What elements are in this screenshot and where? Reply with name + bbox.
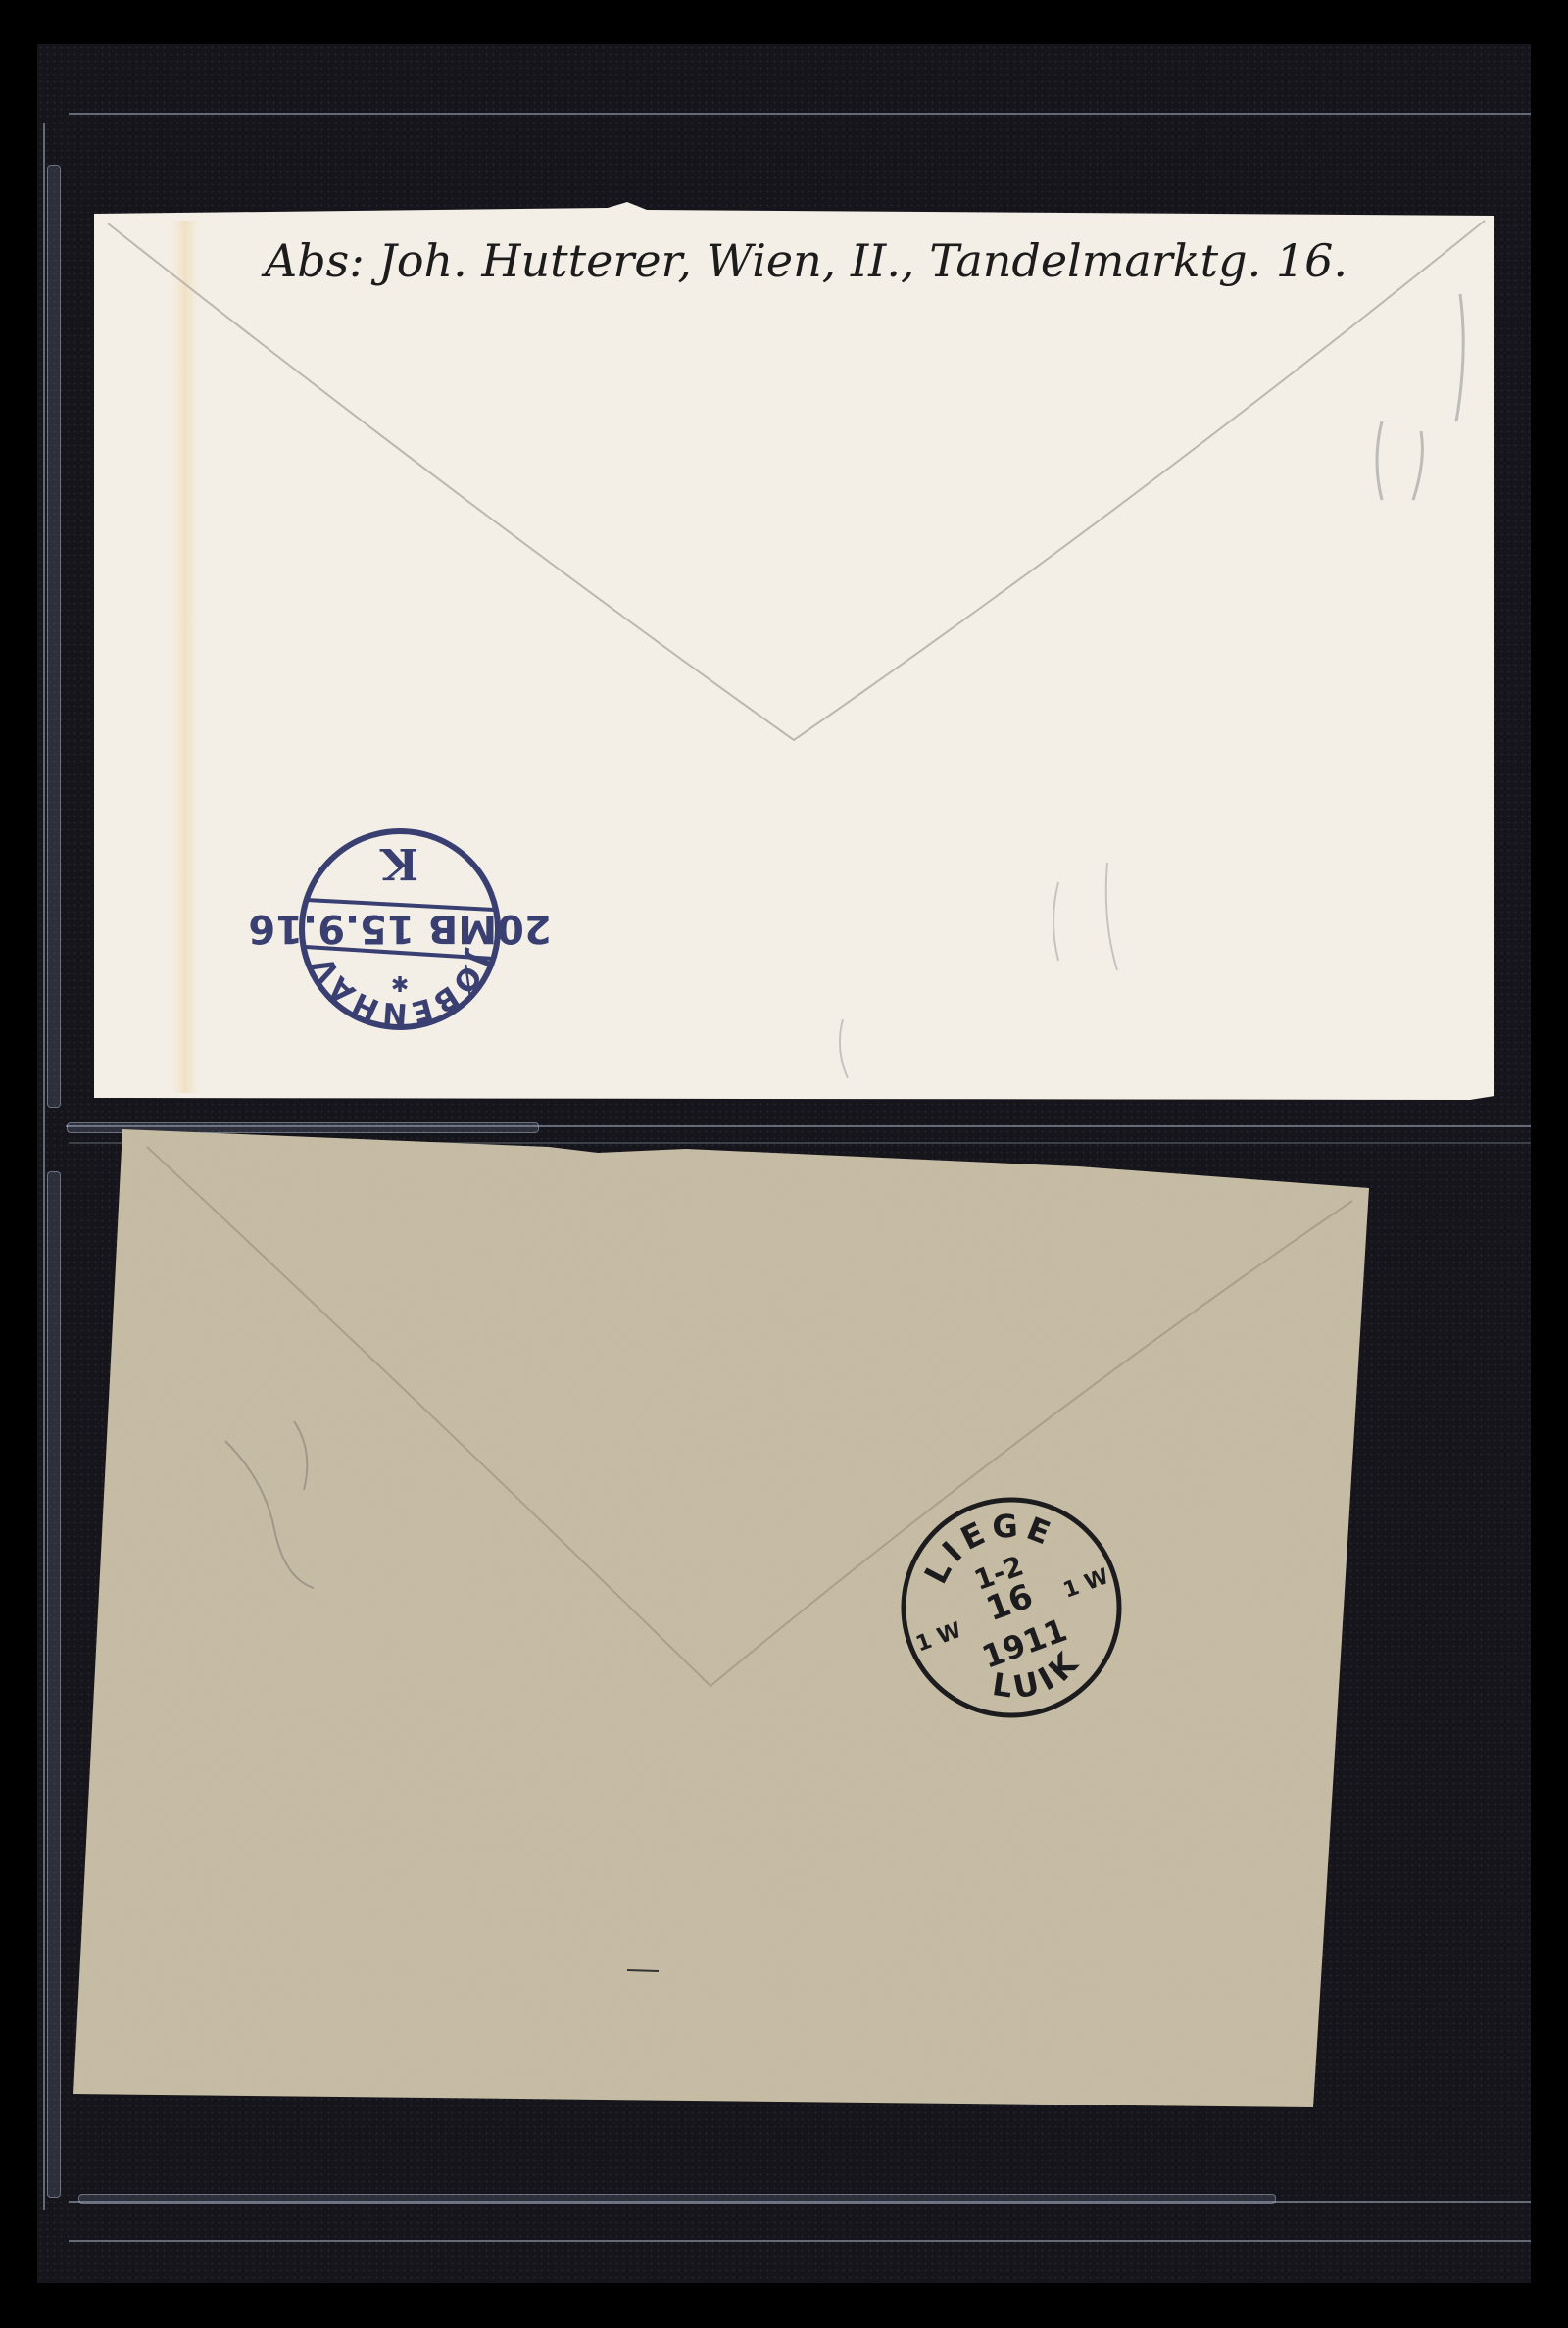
envelopes-canvas: Abs: Joh. Hutterer, Wien, II., Tandelmar… (0, 0, 1568, 2328)
postmark-office: K (379, 838, 418, 888)
lower-envelope: LIEGE LUIK 1-2 16 1911 1 W 1 W (73, 1129, 1369, 2107)
sender-handwriting: Abs: Joh. Hutterer, Wien, II., Tandelmar… (261, 234, 1347, 287)
postmark-date: 20MB 15.9.16 (248, 906, 551, 951)
svg-text:✱: ✱ (391, 970, 409, 995)
